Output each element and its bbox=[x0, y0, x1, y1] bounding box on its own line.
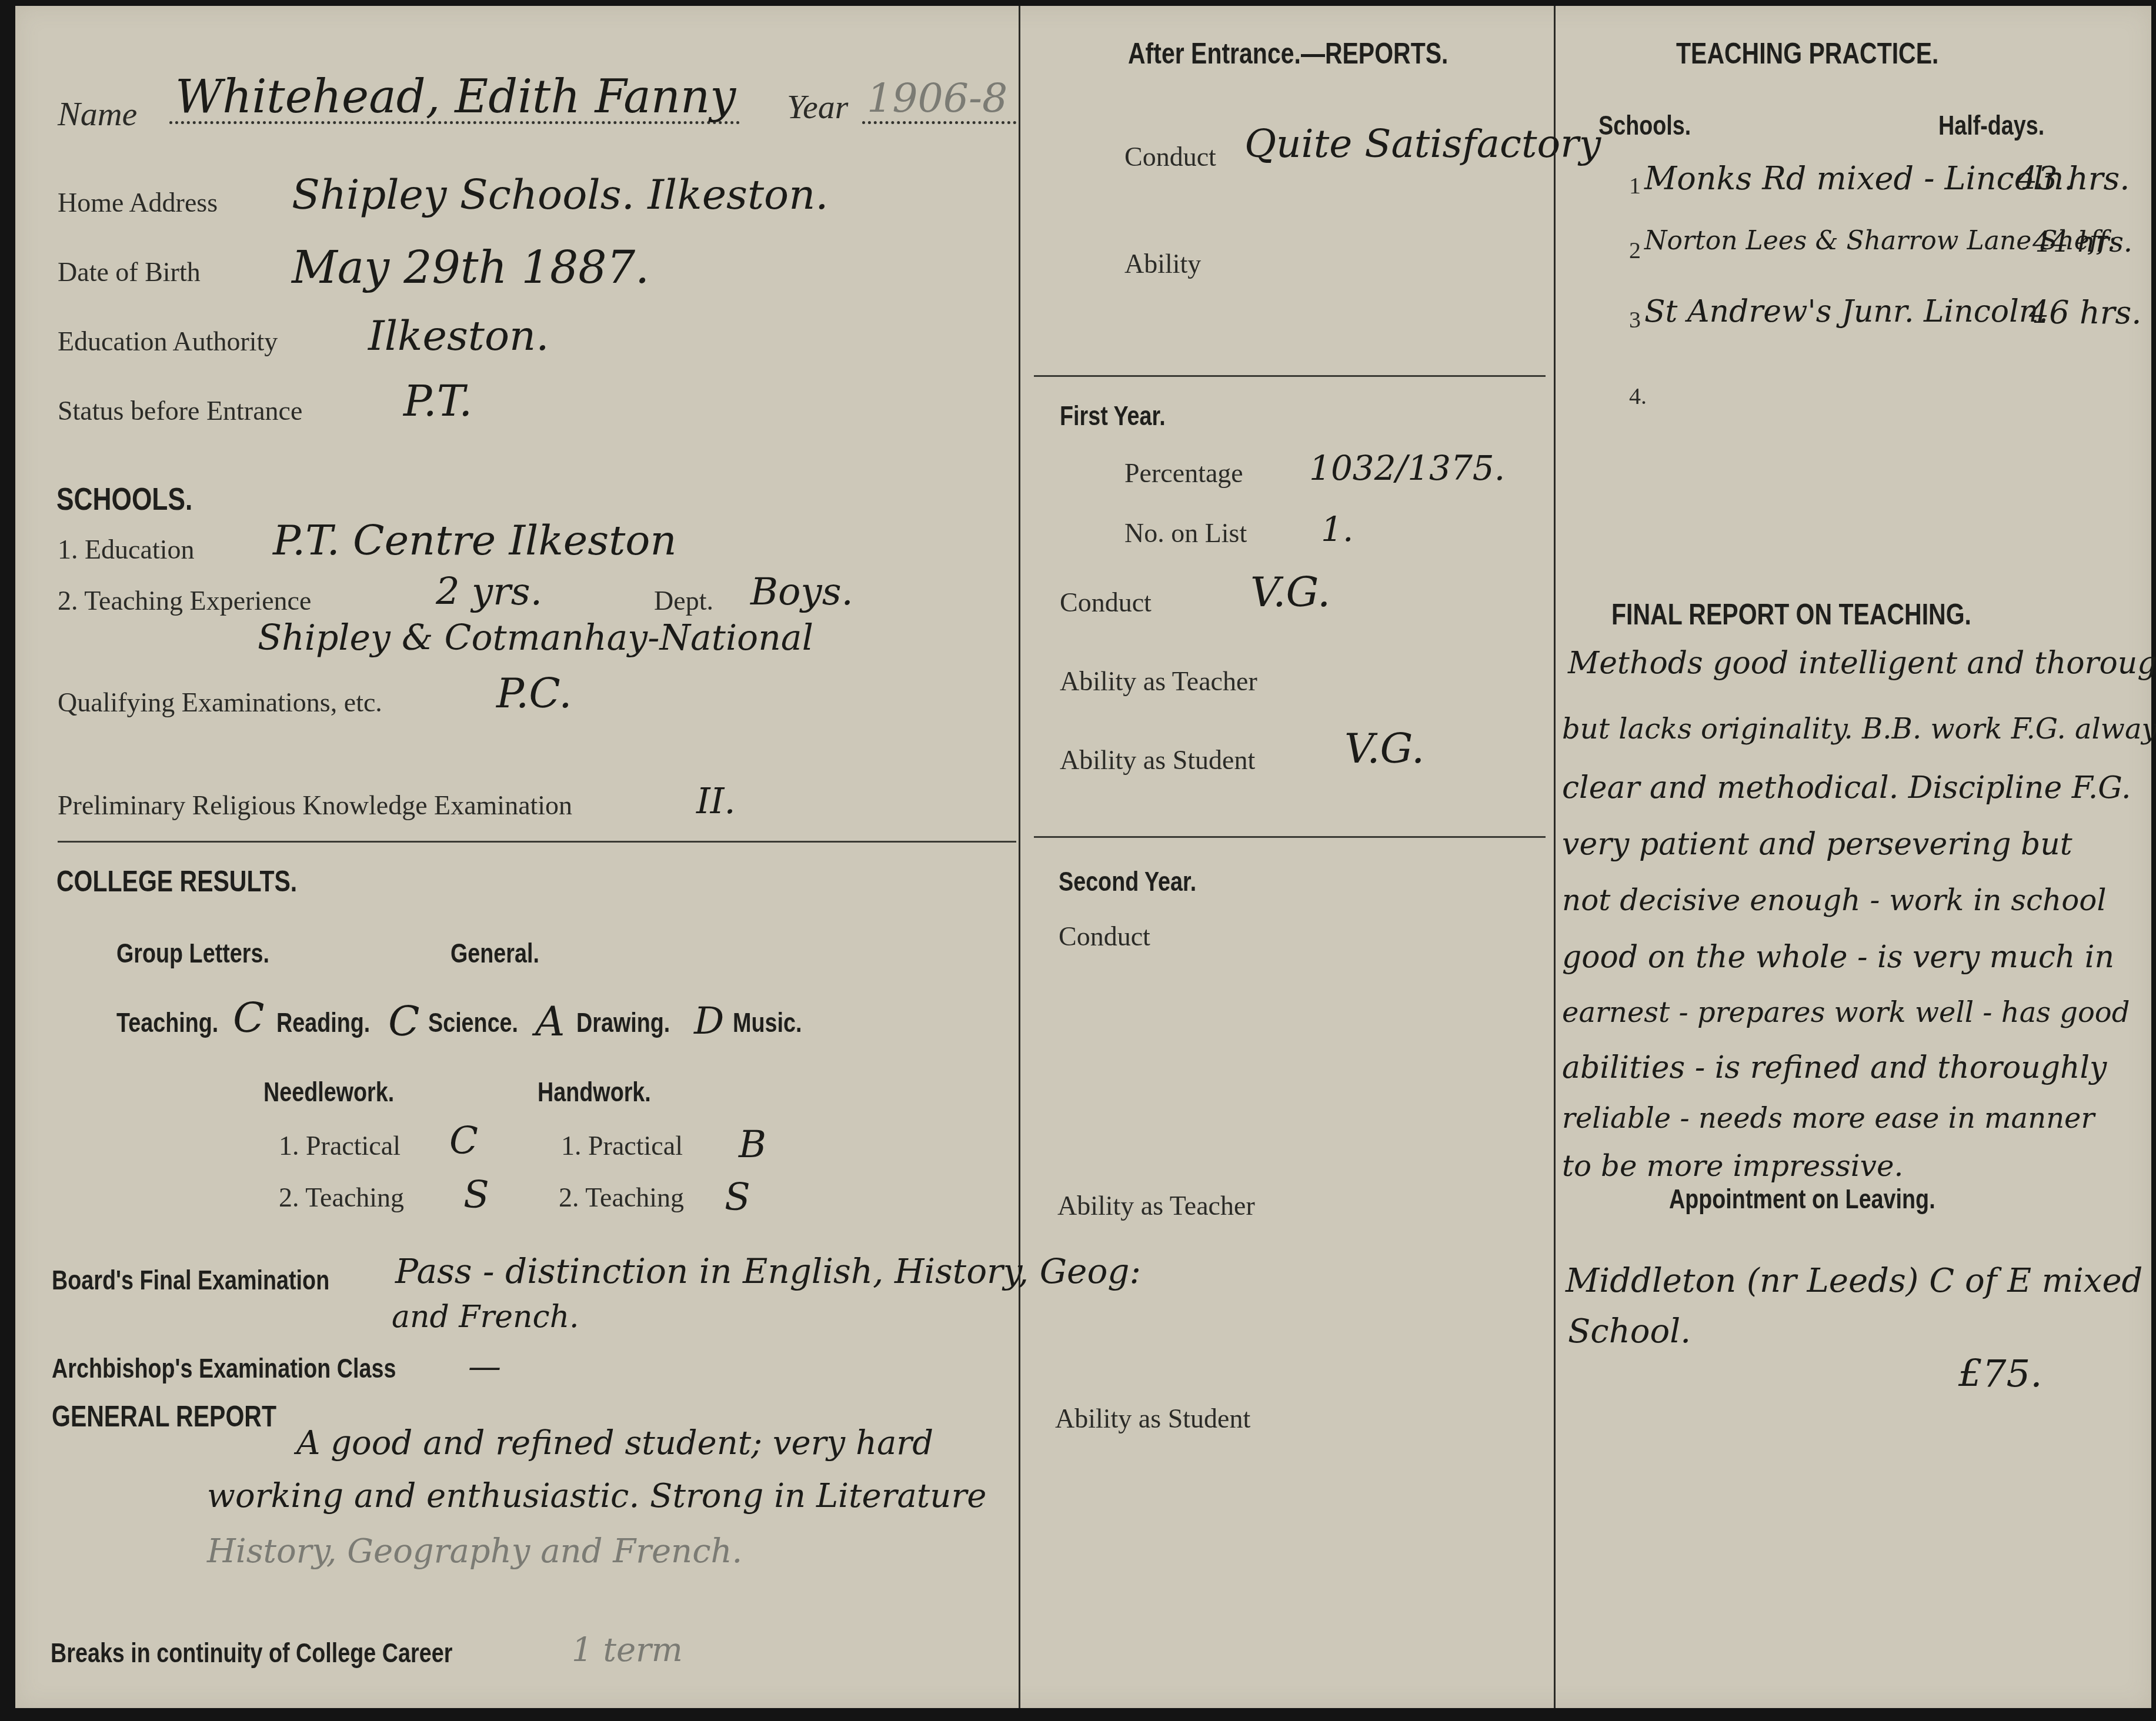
status-value: P.T. bbox=[403, 376, 472, 426]
rule-first-year bbox=[1034, 836, 1546, 838]
appointment-heading: Appointment on Leaving. bbox=[1669, 1183, 1935, 1215]
religious-label: Preliminary Religious Knowledge Examinat… bbox=[58, 790, 572, 821]
tp-entry-1-num: 1 bbox=[1629, 172, 1641, 199]
home-address-value: Shipley Schools. Ilkeston. bbox=[292, 171, 829, 219]
general-label: General. bbox=[450, 937, 539, 969]
subject-teaching-label: Teaching. bbox=[116, 1007, 218, 1038]
needlework-teaching-label: 2. Teaching bbox=[279, 1182, 404, 1213]
general-report-line-3: History, Geography and French. bbox=[207, 1532, 742, 1570]
name-value: Whitehead, Edith Fanny bbox=[175, 71, 736, 123]
first-year-teacher-label: Ability as Teacher bbox=[1060, 666, 1257, 697]
boards-final-label: Board's Final Examination bbox=[52, 1264, 329, 1296]
experience-label: 2. Teaching Experience bbox=[58, 585, 311, 616]
entrance-conduct-label: Conduct bbox=[1124, 141, 1216, 172]
breaks-label: Breaks in continuity of College Career bbox=[51, 1637, 452, 1669]
final-report-heading: FINAL REPORT ON TEACHING. bbox=[1611, 597, 1971, 631]
handwork-label: Handwork. bbox=[538, 1076, 651, 1108]
experience-detail: Shipley & Cotmanhay-National bbox=[258, 617, 813, 659]
year-value: 1906-8 bbox=[867, 75, 1007, 122]
qualifying-value: P.C. bbox=[496, 669, 572, 717]
education-authority-value: Ilkeston. bbox=[368, 312, 549, 360]
column-divider-2 bbox=[1554, 6, 1556, 1708]
home-address-label: Home Address bbox=[58, 187, 218, 218]
tp-entry-4-num: 4. bbox=[1629, 382, 1647, 410]
subject-music-label: Music. bbox=[733, 1007, 802, 1038]
dept-value: Boys. bbox=[750, 570, 853, 614]
rule-reports-entrance bbox=[1034, 375, 1546, 377]
handwork-teaching-label: 2. Teaching bbox=[559, 1182, 684, 1213]
subject-drawing-grade: D bbox=[694, 1000, 724, 1043]
final-report-line: not decisive enough - work in school bbox=[1562, 883, 2106, 917]
entrance-conduct-value: Quite Satisfactory bbox=[1244, 121, 1601, 166]
archbishop-label: Archbishop's Examination Class bbox=[52, 1352, 396, 1384]
needlework-practical-label: 1. Practical bbox=[279, 1130, 401, 1161]
needlework-teaching-grade: S bbox=[463, 1174, 489, 1217]
subject-drawing-label: Drawing. bbox=[576, 1007, 670, 1038]
first-year-percentage-value: 1032/1375. bbox=[1309, 448, 1505, 488]
schools-heading: SCHOOLS. bbox=[56, 481, 192, 517]
final-report-line: good on the whole - is very much in bbox=[1562, 940, 2114, 975]
subject-science-grade: A bbox=[535, 997, 565, 1045]
first-year-student-label: Ability as Student bbox=[1060, 744, 1255, 776]
final-report-line: abilities - is refined and thoroughly bbox=[1562, 1050, 2107, 1085]
tp-entry-2-halfdays: 44 hrs. bbox=[2032, 226, 2132, 259]
education-value: P.T. Centre Ilkeston bbox=[273, 516, 677, 564]
second-year-teacher-label: Ability as Teacher bbox=[1057, 1190, 1255, 1221]
archbishop-value: — bbox=[468, 1348, 501, 1386]
education-label: 1. Education bbox=[58, 534, 195, 565]
status-label: Status before Entrance bbox=[58, 395, 302, 426]
year-label: Year bbox=[787, 87, 848, 126]
second-year-heading: Second Year. bbox=[1059, 865, 1196, 897]
final-report-line: Methods good intelligent and thorough bbox=[1568, 646, 2156, 681]
second-year-conduct-label: Conduct bbox=[1059, 921, 1150, 952]
dob-label: Date of Birth bbox=[58, 256, 201, 288]
final-report-line: but lacks originality. B.B. work F.G. al… bbox=[1562, 713, 2156, 746]
final-report-line: to be more impressive. bbox=[1562, 1149, 1903, 1183]
subject-reading-grade: C bbox=[388, 997, 420, 1045]
second-year-student-label: Ability as Student bbox=[1055, 1403, 1250, 1434]
tp-entry-3-halfdays: 46 hrs. bbox=[2029, 294, 2141, 331]
first-year-percentage-label: Percentage bbox=[1124, 457, 1243, 489]
teaching-practice-heading: TEACHING PRACTICE. bbox=[1676, 36, 1938, 71]
tp-entry-1-halfdays: 43 hrs. bbox=[2017, 160, 2130, 197]
tp-entry-3-school: St Andrew's Junr. Lincoln. bbox=[1644, 294, 2048, 329]
general-report-label: GENERAL REPORT bbox=[52, 1399, 276, 1433]
education-authority-label: Education Authority bbox=[58, 326, 278, 357]
needlework-label: Needlework. bbox=[263, 1076, 394, 1108]
appointment-salary: £75. bbox=[1958, 1352, 2042, 1396]
handwork-practical-label: 1. Practical bbox=[561, 1130, 683, 1161]
final-report-line: clear and methodical. Discipline F.G. bbox=[1562, 770, 2131, 806]
first-year-heading: First Year. bbox=[1060, 400, 1166, 432]
record-card: Name Whitehead, Edith Fanny Year 1906-8 … bbox=[15, 6, 2151, 1708]
college-results-heading: COLLEGE RESULTS. bbox=[56, 864, 297, 898]
first-year-list-label: No. on List bbox=[1124, 517, 1247, 549]
first-year-conduct-value: V.G. bbox=[1250, 568, 1330, 616]
rule-schools-bottom bbox=[58, 841, 1016, 843]
tp-halfdays-label: Half-days. bbox=[1938, 109, 2044, 141]
subject-teaching-grade: C bbox=[233, 994, 265, 1042]
boards-final-value-line1: Pass - distinction in English, History, … bbox=[395, 1251, 1141, 1291]
first-year-conduct-label: Conduct bbox=[1060, 587, 1152, 618]
final-report-line: reliable - needs more ease in manner bbox=[1562, 1102, 2094, 1135]
entrance-ability-label: Ability bbox=[1124, 248, 1201, 279]
column-divider-1 bbox=[1019, 6, 1020, 1708]
tp-entry-2-num: 2 bbox=[1629, 236, 1641, 264]
breaks-value: 1 term bbox=[572, 1631, 683, 1669]
dob-value: May 29th 1887. bbox=[292, 241, 649, 293]
dept-label: Dept. bbox=[654, 585, 713, 616]
religious-value: II. bbox=[696, 781, 735, 822]
qualifying-label: Qualifying Examinations, etc. bbox=[58, 687, 382, 718]
reports-heading: After Entrance.—REPORTS. bbox=[1128, 36, 1448, 71]
name-label: Name bbox=[58, 94, 137, 133]
subject-science-label: Science. bbox=[428, 1007, 518, 1038]
final-report-line: very patient and persevering but bbox=[1562, 827, 2072, 862]
tp-entry-3-num: 3 bbox=[1629, 306, 1641, 333]
general-report-line-2: working and enthusiastic. Strong in Lite… bbox=[207, 1477, 986, 1515]
boards-final-value-line2: and French. bbox=[392, 1299, 579, 1335]
appointment-line-2: School. bbox=[1568, 1312, 1691, 1351]
appointment-line-1: Middleton (nr Leeds) C of E mixed bbox=[1566, 1262, 2142, 1300]
first-year-list-value: 1. bbox=[1321, 509, 1353, 549]
subject-reading-label: Reading. bbox=[276, 1007, 370, 1038]
tp-schools-label: Schools. bbox=[1598, 109, 1691, 141]
handwork-teaching-grade: S bbox=[725, 1176, 750, 1219]
final-report-line: earnest - prepares work well - has good bbox=[1562, 996, 2130, 1029]
first-year-student-value: V.G. bbox=[1344, 724, 1424, 773]
needlework-practical-grade: C bbox=[449, 1120, 478, 1163]
handwork-practical-grade: B bbox=[739, 1123, 766, 1167]
experience-value: 2 yrs. bbox=[436, 570, 542, 614]
general-report-line-1: A good and refined student; very hard bbox=[296, 1424, 933, 1462]
tp-entry-1-school: Monks Rd mixed - Lincoln. bbox=[1644, 160, 2074, 197]
group-letters-label: Group Letters. bbox=[116, 937, 269, 969]
